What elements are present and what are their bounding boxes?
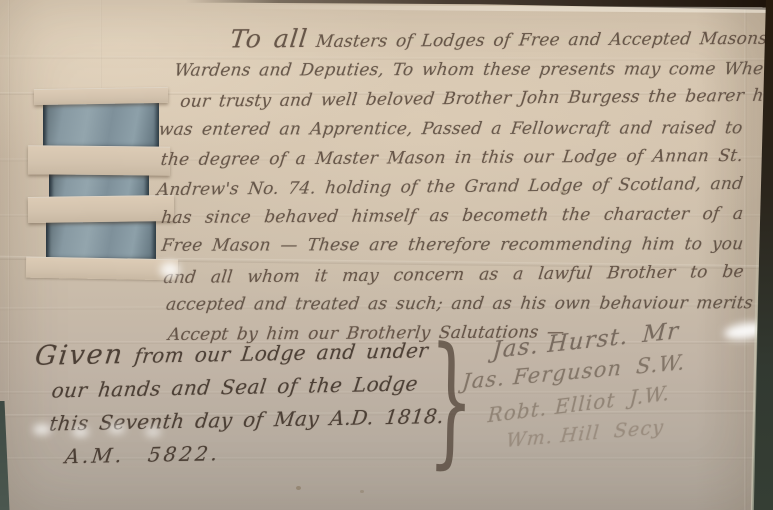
- certificate-text-line: To all Masters of Lodges of Free and Acc…: [228, 21, 744, 58]
- glass-glare: [108, 424, 125, 434]
- ribbon-segment: [46, 219, 156, 261]
- signature-office: J.W.: [629, 381, 671, 410]
- certificate-text-line: Wardens and Deputies, To whom these pres…: [173, 55, 744, 86]
- signature-office: S.W.: [635, 350, 687, 379]
- ribbon-segment: [43, 99, 159, 149]
- signature-name: Wm. Hill: [505, 422, 601, 452]
- certificate-text-line: and all whom it may concern as a lawful …: [162, 258, 745, 293]
- line-text: from our Lodge and under: [133, 338, 430, 368]
- paper-stain: [560, 190, 566, 194]
- glass-glare: [72, 427, 89, 437]
- paper-crease: [8, 0, 10, 400]
- signature-office: Mr: [642, 318, 681, 348]
- certificate-text-line: Free Mason — These are therefore recomme…: [160, 231, 745, 262]
- signature-office: Secy: [613, 416, 665, 443]
- paper-stain: [296, 486, 301, 490]
- given-lead: Given: [33, 339, 126, 372]
- paper-flap: [28, 195, 174, 223]
- glass-glare: [160, 262, 180, 278]
- signature-name: Jas. Ferguson: [461, 356, 623, 394]
- paper-flap: [28, 145, 170, 175]
- certificate-text-line: was entered an Apprentice, Passed a Fell…: [157, 114, 744, 145]
- paper-stain: [360, 490, 364, 493]
- certificate-text-line: our trusty and well beloved Brother John…: [179, 82, 744, 117]
- salutation-lead: To all: [229, 24, 310, 54]
- certificate-text-line: accepted and treated as such; and as his…: [164, 289, 745, 320]
- date-line: A.M. 5822.: [63, 433, 431, 473]
- date-block: Given from our Lodge and under our hands…: [35, 332, 430, 474]
- glass-glare: [33, 424, 51, 435]
- line-text: Masters of Lodges of Free and Accepted M…: [315, 28, 773, 52]
- frame-edge-left: [0, 401, 10, 510]
- certificate-body: To all Masters of Lodges of Free and Acc…: [156, 21, 744, 350]
- certificate-text-line: has since behaved himself as becometh th…: [160, 200, 745, 233]
- glass-glare: [145, 427, 161, 437]
- date-brace: }: [427, 328, 475, 473]
- paper-flap: [34, 87, 168, 105]
- certificate-photo: To all Masters of Lodges of Free and Acc…: [0, 0, 773, 510]
- paper-flap: [26, 257, 178, 281]
